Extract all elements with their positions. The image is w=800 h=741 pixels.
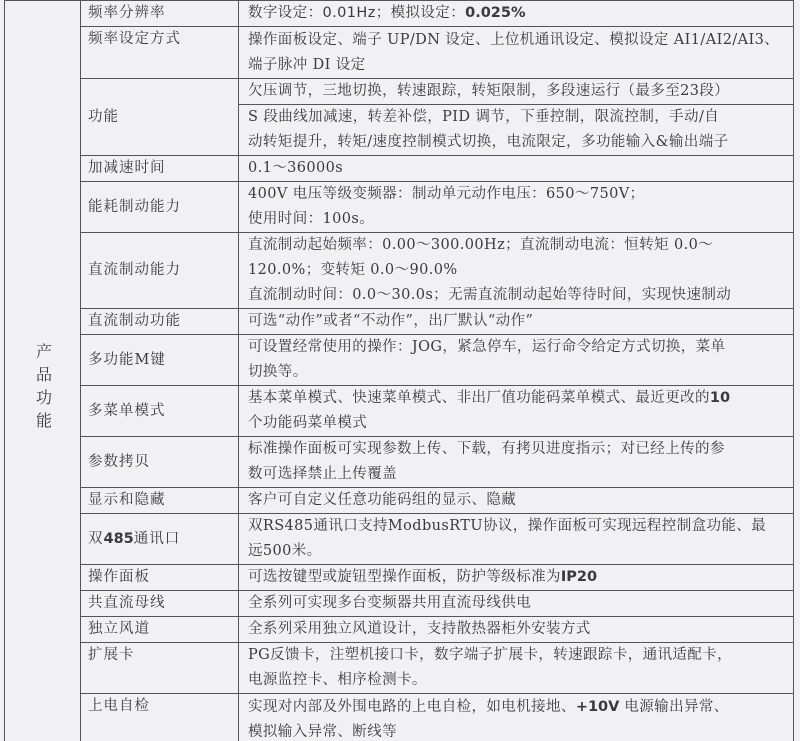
row-name-functions: 功能 — [81, 79, 239, 156]
table-row: 显示和隐藏 客户可自定义任意功能码组的显示、隐藏 — [5, 488, 794, 514]
table-row: 参数拷贝 标准操作面板可实现参数上传、下载，有拷贝进度指示；对已经上传的参 数可… — [5, 437, 794, 488]
row-desc-frequency-setting-mode: 操作面板设定、端子 UP/DN 设定、上位机通讯设定、模拟设定 AI1/AI2/… — [239, 27, 794, 79]
table-row: 扩展卡 PG反馈卡，注塑机接口卡，数字端子扩展卡，转速跟踪卡，通讯适配卡， 电源… — [5, 643, 794, 694]
table-row: 功能 欠压调节，三地切换，转速跟踪，转矩限制，多段速运行（最多至23段） — [5, 79, 794, 105]
row-name-expansion-card: 扩展卡 — [81, 643, 239, 694]
row-name-multifunction-m-key: 多功能M键 — [81, 335, 239, 386]
product-function-spec-table: 产品功能 频率分辨率 数字设定：0.01Hz；模拟设定：0.025% 频率设定方… — [4, 0, 794, 741]
row-name-dc-braking-function: 直流制动功能 — [81, 309, 239, 335]
row-desc-dynamic-braking: 400V 电压等级变频器：制动单元动作电压：650～750V； 使用时间：100… — [239, 182, 794, 233]
row-desc-multifunction-m-key: 可设置经常使用的操作：JOG，紧急停车，运行命令给定方式切换，菜单 切换等。 — [239, 335, 794, 386]
table-row: 能耗制动能力 400V 电压等级变频器：制动单元动作电压：650～750V； 使… — [5, 182, 794, 233]
row-name-accel-decel-time: 加减速时间 — [81, 156, 239, 182]
table-row: 直流制动功能 可选“动作”或者“不动作”，出厂默认“动作” — [5, 309, 794, 335]
row-desc-frequency-resolution: 数字设定：0.01Hz；模拟设定：0.025% — [239, 1, 794, 27]
row-name-parameter-copy: 参数拷贝 — [81, 437, 239, 488]
row-desc-common-dc-bus: 全系列可实现多台变频器共用直流母线供电 — [239, 591, 794, 617]
row-name-frequency-setting-mode: 频率设定方式 — [81, 27, 239, 79]
row-desc-operation-panel: 可选按键型或旋钮型操作面板，防护等级标准为IP20 — [239, 565, 794, 591]
row-desc-functions-1: 欠压调节，三地切换，转速跟踪，转矩限制，多段速运行（最多至23段） — [239, 79, 794, 105]
row-desc-show-hide: 客户可自定义任意功能码组的显示、隐藏 — [239, 488, 794, 514]
row-desc-expansion-card: PG反馈卡，注塑机接口卡，数字端子扩展卡，转速跟踪卡，通讯适配卡， 电源监控卡、… — [239, 643, 794, 694]
table-row: 产品功能 频率分辨率 数字设定：0.01Hz；模拟设定：0.025% — [5, 1, 794, 27]
row-desc-independent-air-duct: 全系列采用独立风道设计，支持散热器柜外安装方式 — [239, 617, 794, 643]
table-row: 双485通讯口 双RS485通讯口支持ModbusRTU协议，操作面板可实现远程… — [5, 514, 794, 565]
row-name-multi-menu-mode: 多菜单模式 — [81, 386, 239, 437]
row-name-dynamic-braking: 能耗制动能力 — [81, 182, 239, 233]
row-name-dc-braking-capability: 直流制动能力 — [81, 233, 239, 309]
row-name-power-on-self-test: 上电自检 — [81, 694, 239, 741]
table-row: 频率设定方式 操作面板设定、端子 UP/DN 设定、上位机通讯设定、模拟设定 A… — [5, 27, 794, 79]
table-row: 共直流母线 全系列可实现多台变频器共用直流母线供电 — [5, 591, 794, 617]
table-row: 直流制动能力 直流制动起始频率：0.00～300.00Hz；直流制动电流：恒转矩… — [5, 233, 794, 309]
row-desc-parameter-copy: 标准操作面板可实现参数上传、下载，有拷贝进度指示；对已经上传的参 数可选择禁止上… — [239, 437, 794, 488]
table-row: 独立风道 全系列采用独立风道设计，支持散热器柜外安装方式 — [5, 617, 794, 643]
row-desc-accel-decel-time: 0.1～36000s — [239, 156, 794, 182]
table-row: 上电自检 实现对内部及外围电路的上电自检，如电机接地、+10V 电源输出异常、 … — [5, 694, 794, 741]
row-desc-dc-braking-function: 可选“动作”或者“不动作”，出厂默认“动作” — [239, 309, 794, 335]
table-row: 加减速时间 0.1～36000s — [5, 156, 794, 182]
table-row: 多菜单模式 基本菜单模式、快速菜单模式、非出厂值功能码菜单模式、最近更改的10 … — [5, 386, 794, 437]
table-row: 操作面板 可选按键型或旋钮型操作面板，防护等级标准为IP20 — [5, 565, 794, 591]
row-name-common-dc-bus: 共直流母线 — [81, 591, 239, 617]
row-desc-functions-2: S 段曲线加减速，转差补偿，PID 调节，下垂控制，限流控制，手动/自 动转矩提… — [239, 105, 794, 156]
row-name-independent-air-duct: 独立风道 — [81, 617, 239, 643]
row-desc-power-on-self-test: 实现对内部及外围电路的上电自检，如电机接地、+10V 电源输出异常、 模拟输入异… — [239, 694, 794, 741]
row-name-show-hide: 显示和隐藏 — [81, 488, 239, 514]
category-cell: 产品功能 — [5, 1, 81, 741]
row-desc-dc-braking-capability: 直流制动起始频率：0.00～300.00Hz；直流制动电流：恒转矩 0.0～ 1… — [239, 233, 794, 309]
row-desc-dual-485-port: 双RS485通讯口支持ModbusRTU协议，操作面板可实现远程控制盒功能、最 … — [239, 514, 794, 565]
row-name-operation-panel: 操作面板 — [81, 565, 239, 591]
row-name-dual-485-port: 双485通讯口 — [81, 514, 239, 565]
table-row: 多功能M键 可设置经常使用的操作：JOG，紧急停车，运行命令给定方式切换，菜单 … — [5, 335, 794, 386]
category-label: 产品功能 — [33, 343, 53, 435]
row-desc-multi-menu-mode: 基本菜单模式、快速菜单模式、非出厂值功能码菜单模式、最近更改的10 个功能码菜单… — [239, 386, 794, 437]
row-name-frequency-resolution: 频率分辨率 — [81, 1, 239, 27]
